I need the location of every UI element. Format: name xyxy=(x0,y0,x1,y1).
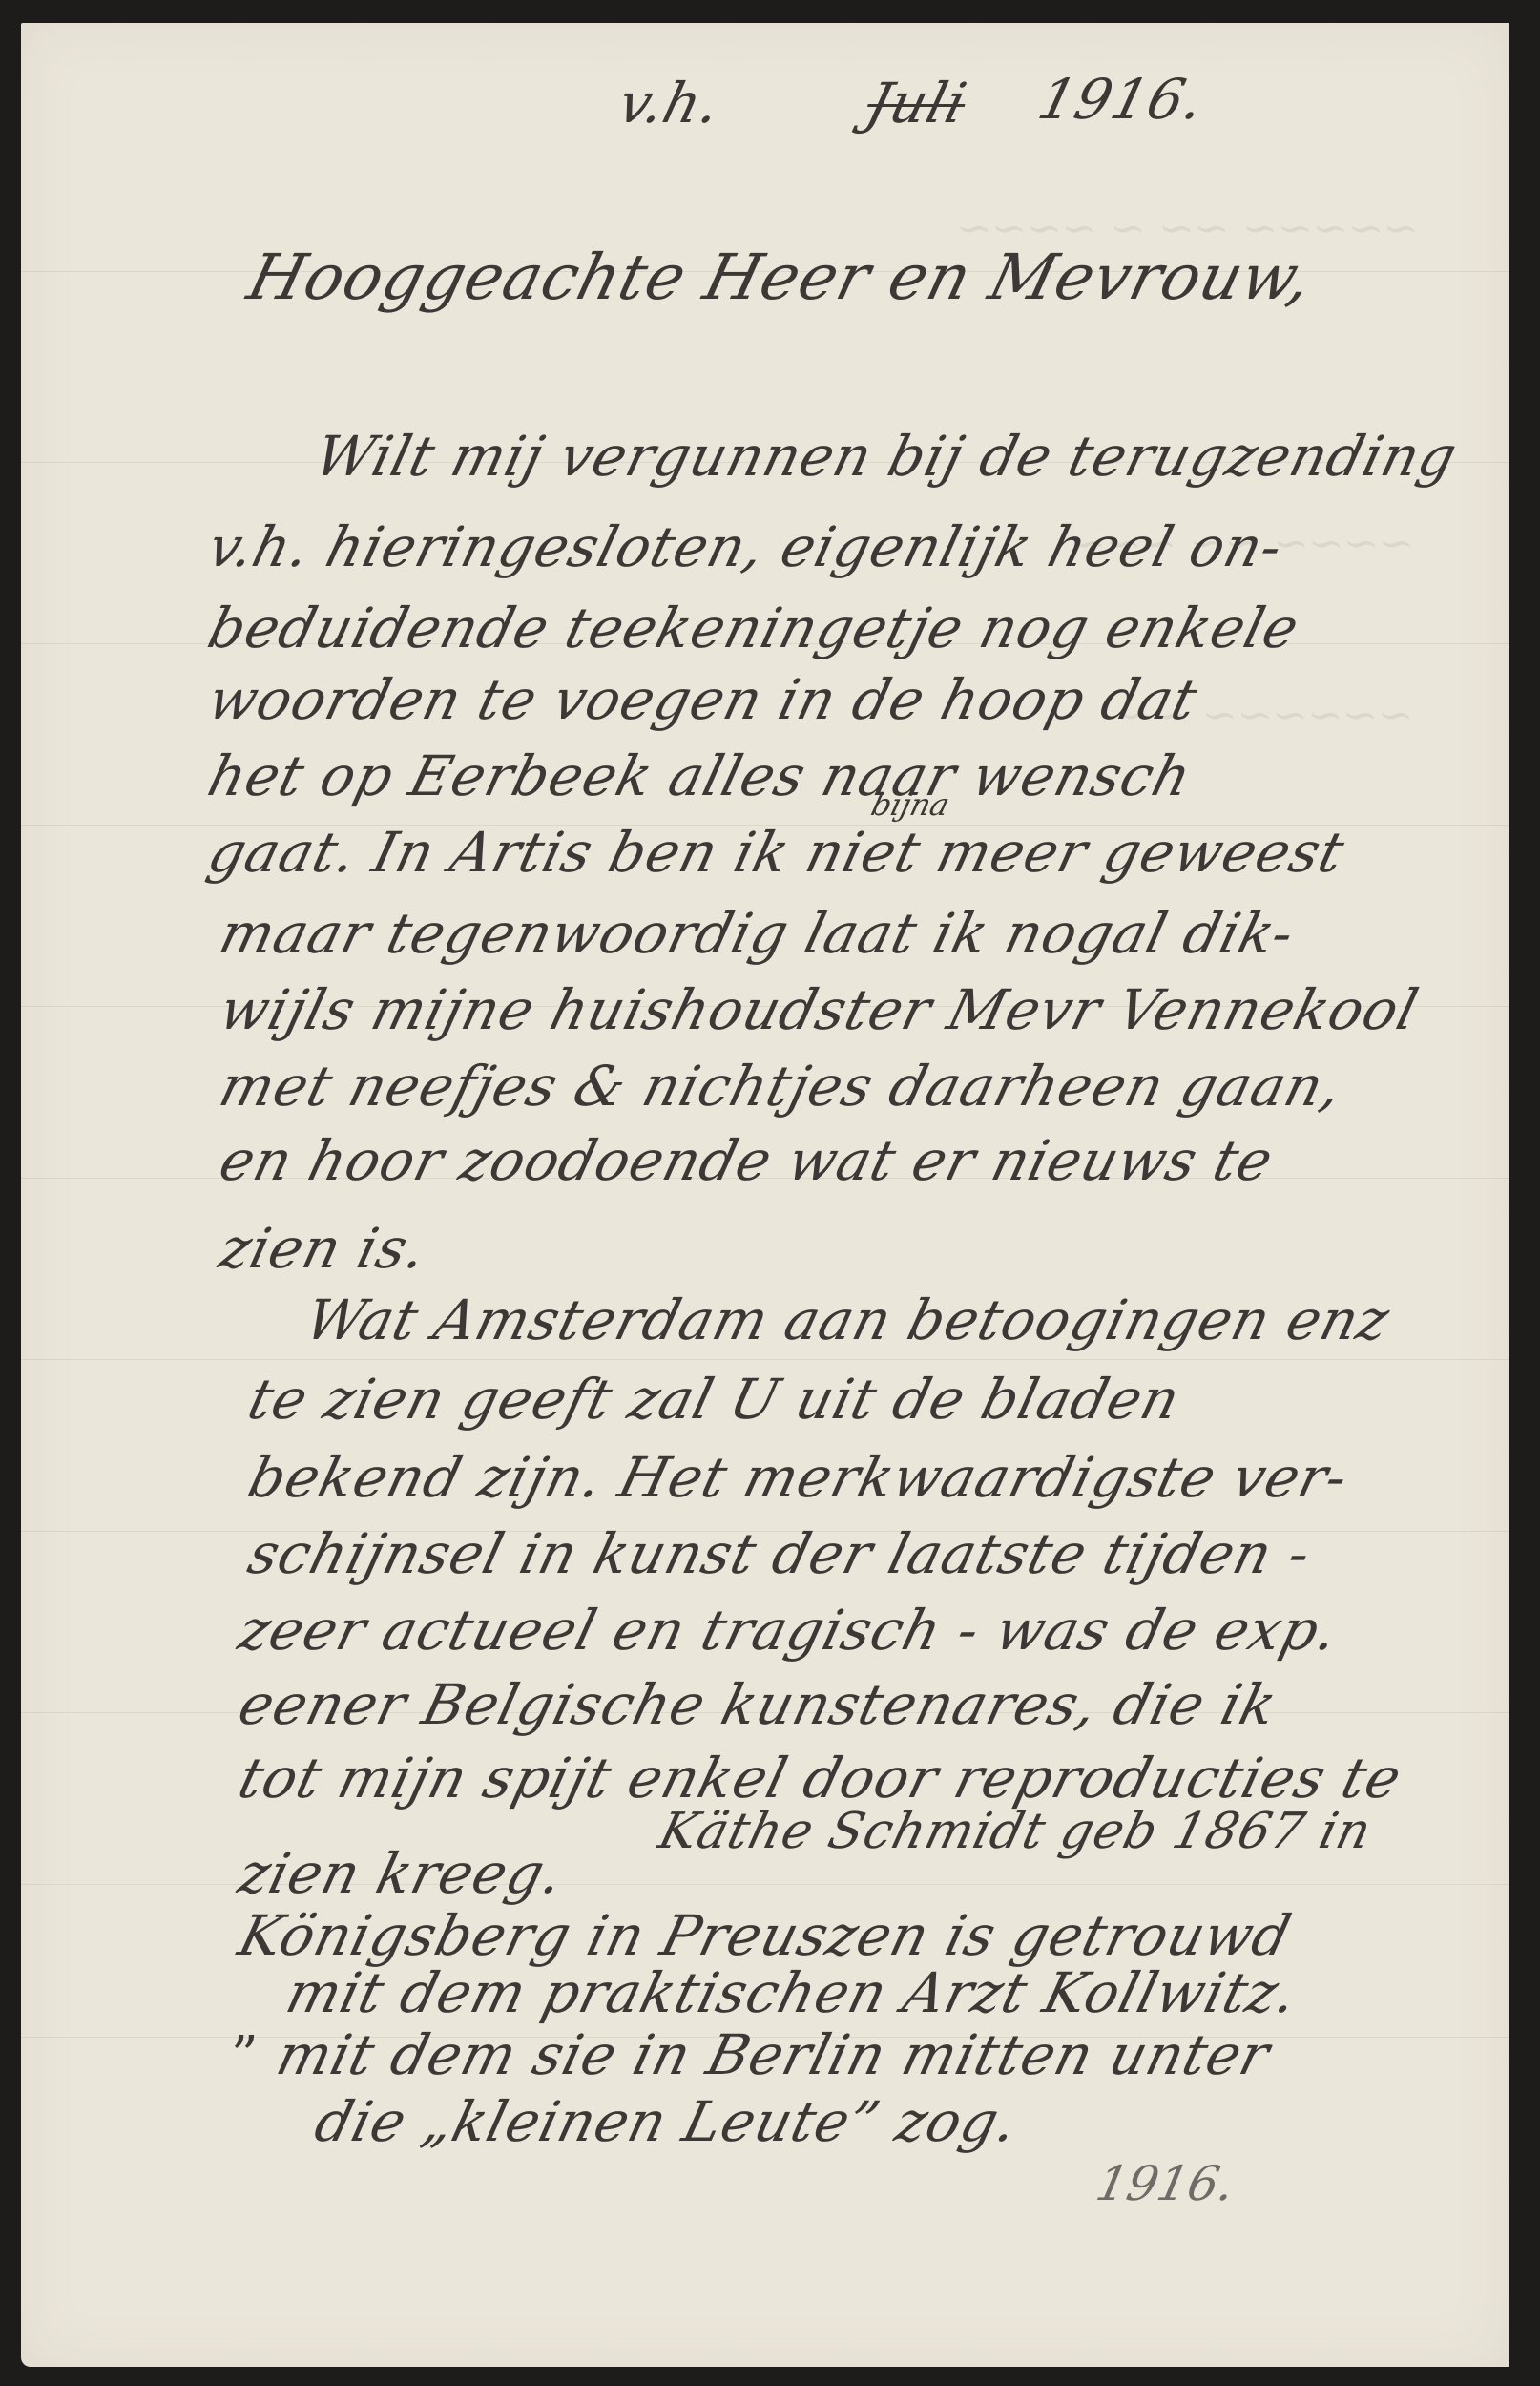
letter-line: Königsberg in Preuszen is getrouwd xyxy=(233,1903,1299,1968)
letter-line: en hoor zoodoende wat er nieuws te xyxy=(214,1128,1280,1193)
letter-line: woorden te voegen in de hoop dat xyxy=(202,667,1205,732)
letter-line: bekend zijn. Het merkwaardigste ver- xyxy=(242,1445,1356,1510)
salutation: Hooggeachte Heer en Mevrouw, xyxy=(240,241,1320,314)
letter-line: die „kleinen Leute” zog. xyxy=(309,2089,1025,2154)
letter-line: eener Belgische kunstenares, die ik xyxy=(233,1672,1284,1737)
margin-quote-mark: ” xyxy=(231,2025,259,2087)
header-year: 1916. xyxy=(1032,67,1212,132)
letter-line: beduidende teekeningetje nog enkele xyxy=(202,596,1306,660)
letter-line: zeer actueel en tragisch - was de exp. xyxy=(233,1598,1345,1663)
letter-line: schijnsel in kunst der laatste tijden - xyxy=(242,1521,1318,1586)
letter-line: maar tegenwoordig laat ik nogal dik- xyxy=(214,901,1301,966)
letter-line: gaat. In Artis ben ik niet meer geweest xyxy=(202,820,1352,885)
pencil-date-note: 1916. xyxy=(1092,2156,1239,2211)
letter-line: Wat Amsterdam aan betoogingen enz xyxy=(300,1287,1397,1352)
header-struck-month: Juli xyxy=(861,71,974,136)
letter-line: tot mijn spijt enkel door reproducties t… xyxy=(233,1746,1408,1810)
header-prefix: v.h. xyxy=(613,71,728,136)
letter-line: wijls mijne huishoudster Mevr Vennekool xyxy=(214,977,1426,1042)
letter-line: te zien geeft zal U uit de bladen xyxy=(242,1367,1187,1432)
letter-line: met neefjes & nichtjes daarheen gaan, xyxy=(214,1054,1350,1119)
letter-line: zien kreeg. xyxy=(233,1841,571,1906)
letter-line: v.h. hieringesloten, eigenlijk heel on- xyxy=(202,514,1290,579)
insertion-above-line: bijna xyxy=(867,786,953,823)
inserted-line-kathe: Käthe Schmidt geb 1867 in xyxy=(654,1803,1378,1860)
letter-line: mit dem praktischen Arzt Kollwitz. xyxy=(281,1960,1305,2025)
letter-page: ~~~~~ ~~ ~ ~~~~ ~~~~ ~~ ~~~ ~~~~~~ ~~ v.… xyxy=(21,23,1509,2367)
ruled-line xyxy=(21,1359,1509,1360)
letter-line: het op Eerbeek alles naar wensch xyxy=(202,743,1198,808)
letter-line: mit dem sie in Berlin mitten unter xyxy=(271,2022,1277,2087)
letter-line: Wilt mij vergunnen bij de terugzending xyxy=(309,424,1465,489)
letter-line: zien is. xyxy=(214,1216,434,1281)
